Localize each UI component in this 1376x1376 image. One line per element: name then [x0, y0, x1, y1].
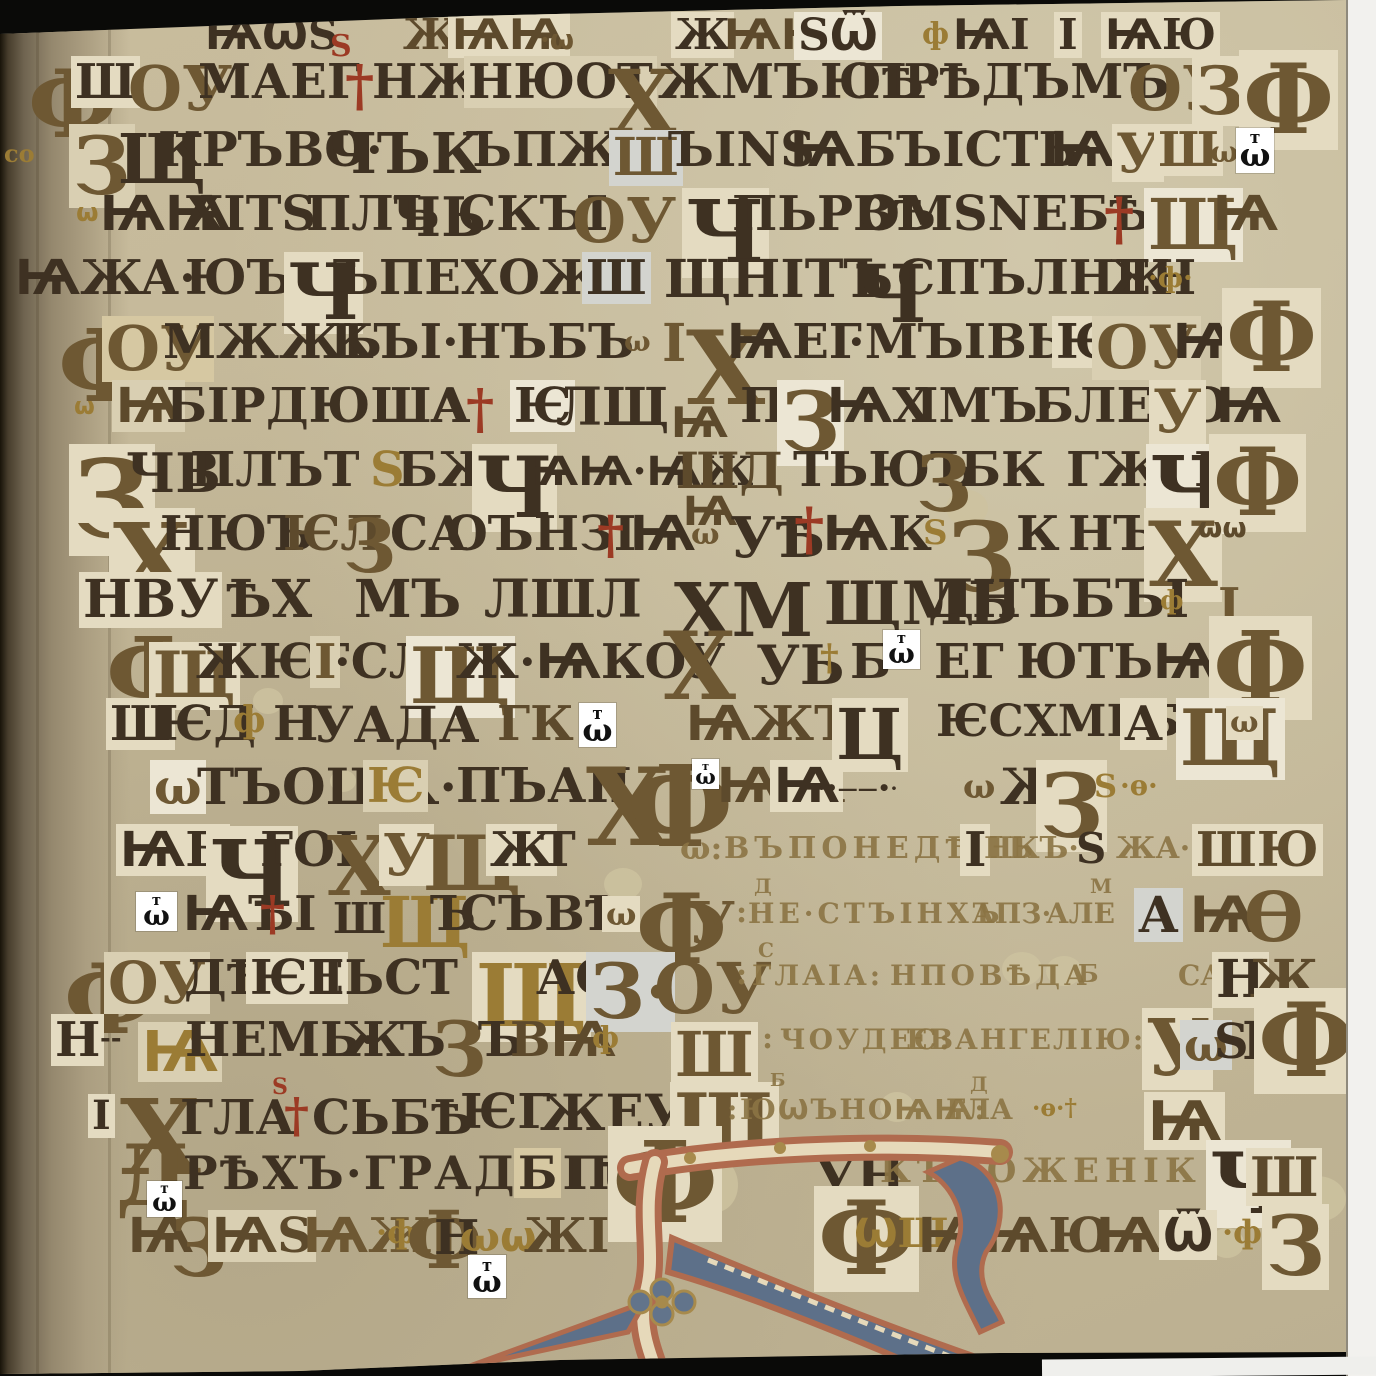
letter-patch: ІЬСТ — [322, 954, 458, 1002]
letter-patch: Ф — [1254, 988, 1359, 1094]
letter-patch: † — [260, 890, 285, 938]
letter-patch: -- — [100, 1026, 122, 1052]
letter-patch: ω — [1210, 138, 1239, 168]
letter-patch: † — [345, 58, 374, 114]
letter-patch: НЕ·СТЪІНХЪ — [748, 900, 1004, 928]
letter-patch: Ѿ — [1159, 1210, 1217, 1260]
letter-patch: ω — [963, 770, 995, 804]
letter-patch: Ш — [1246, 1148, 1322, 1206]
letter-patch: ПЛЪТ — [190, 446, 359, 494]
letter-patch: ѨѠЅ — [205, 14, 338, 56]
letter-patch: УАДА — [313, 700, 479, 750]
letter-patch: ω: — [680, 832, 722, 864]
letter-patch: Ѕ — [1094, 770, 1117, 802]
letter-patch: С — [758, 940, 774, 960]
letter-patch: ЕГ — [934, 638, 1004, 686]
letter-patch: МЪ — [354, 574, 461, 626]
letter-patch: У — [1149, 380, 1206, 444]
ot-glyph-omega: ω — [472, 1270, 501, 1295]
letter-patch: ·ѡ — [540, 26, 574, 54]
letter-patch: Ѳ — [1244, 884, 1303, 952]
letter-patch: ОУ — [572, 190, 676, 252]
letter-patch: А — [430, 382, 469, 430]
letter-patch: ѨЕГ — [727, 318, 862, 366]
letter-patch: ω — [602, 896, 640, 932]
letter-patch: Д — [754, 876, 772, 896]
letter-patch: ѨЖ — [15, 254, 143, 302]
letter-patch: ПРѢДЪМЪ — [858, 58, 1169, 106]
ot-glyph-omega: ω — [582, 718, 612, 743]
letter-patch: Ѕ — [1076, 828, 1106, 870]
letter-patch: К — [1016, 510, 1060, 558]
letter-patch: ГЛА — [180, 1094, 295, 1142]
letter-patch: ф — [922, 20, 949, 50]
letter-patch: Ѩ — [1213, 190, 1278, 238]
letter-patch: † — [1104, 190, 1134, 248]
letter-patch: † — [284, 1092, 309, 1140]
letter-patch: Н — [273, 700, 318, 748]
letter-patch: ф — [592, 1024, 619, 1054]
letter-patch: ѨХ — [827, 382, 929, 430]
letter-patch: І — [1054, 12, 1082, 58]
manuscript-photo: ѨѠЅЅЖѨѨ·ѡЖѨѨЅѾфѨІІѨЮФШОУМАЕГ†НЖНЮОТХЖМЪЮ… — [0, 0, 1376, 1376]
letter-patch: Ѕ — [923, 516, 948, 550]
letter-patch: З — [1262, 1204, 1329, 1290]
letter-patch: ѨІ — [953, 14, 1030, 56]
letter-patch: Д — [928, 574, 974, 626]
letter-patch: ѡ — [74, 394, 95, 418]
annotation-box-ot-icon[interactable]: тω — [883, 630, 920, 669]
ot-glyph-omega: ω — [888, 643, 915, 665]
letter-patch: КЪІ· — [330, 318, 459, 366]
annotation-box-ot-icon[interactable]: тω — [692, 759, 719, 789]
letter-patch: Т — [540, 826, 576, 874]
letter-patch: ЛШЛ — [484, 574, 642, 626]
letter-patch: Ж — [342, 1016, 405, 1064]
page-edge-right — [1346, 0, 1376, 1376]
letter-patch: ·ѳ· — [1120, 772, 1158, 800]
letter-patch: ·•——•· — [818, 778, 898, 798]
letter-patch: ф — [1160, 588, 1183, 614]
letter-patch: І — [662, 318, 686, 370]
letter-patch: МАЕГ — [198, 58, 360, 106]
illuminated-initial — [440, 1120, 1060, 1376]
letter-patch: ШЮ — [1192, 824, 1323, 876]
page-edge-bottom — [1042, 1357, 1376, 1376]
letter-patch: ѨЖТ — [686, 700, 850, 748]
letter-patch: ω — [624, 328, 651, 356]
ot-glyph-omega: ω — [695, 769, 716, 786]
letter-patch: ·МЪІВЬ — [848, 318, 1066, 366]
annotation-box-ot-icon[interactable]: тω — [147, 1181, 182, 1217]
annotation-box-ot-icon[interactable]: тω — [136, 892, 177, 931]
letter-patch: ХІТЅ — [186, 190, 316, 238]
letter-patch: ѡ — [76, 200, 99, 226]
letter-patch: Б — [1078, 962, 1099, 986]
letter-patch: ω — [691, 520, 720, 550]
ot-glyph-omega: ω — [1240, 143, 1271, 169]
letter-patch: † — [466, 382, 494, 436]
letter-patch: со — [4, 142, 35, 166]
parchment-page: ѨѠЅЅЖѨѨ·ѡЖѨѨЅѾфѨІІѨЮФШОУМАЕГ†НЖНЮОТХЖМЪЮ… — [0, 0, 1376, 1376]
letter-patch: † — [820, 640, 839, 676]
letter-patch: : — [736, 960, 747, 990]
letter-patch: ·ѳ·† — [1032, 1096, 1077, 1120]
letter-patch: І — [88, 1094, 115, 1138]
annotation-box-ot-icon[interactable]: тω — [579, 703, 616, 747]
letter-patch: БІР — [166, 382, 266, 430]
annotation-box-ot-icon[interactable]: тω — [1236, 128, 1274, 173]
letter-patch: Ф — [1222, 288, 1321, 388]
letter-patch: Н — [890, 962, 916, 990]
letter-patch: ·ф· — [1148, 264, 1193, 292]
letter-patch: Ш — [333, 898, 386, 940]
letter-patch: Ѩ — [1216, 382, 1281, 430]
letter-patch: : — [762, 1024, 773, 1054]
letter-patch: ЛЩ — [556, 382, 669, 434]
letter-patch: ЕВАНГЕЛІЮ: — [906, 1026, 1145, 1054]
letter-patch: ѢХ — [226, 574, 312, 626]
letter-patch: ЖА· — [1116, 834, 1190, 864]
letter-patch: ГЛАІА: — [752, 962, 883, 990]
letter-patch: ГК — [497, 700, 574, 748]
letter-patch: ПОВѢДА — [920, 962, 1091, 990]
letter-patch: А — [1120, 698, 1167, 750]
letter-patch: АЛЕ — [1046, 900, 1115, 928]
letter-patch: ѨЪІ — [183, 890, 317, 938]
letter-patch: ѨК — [823, 510, 932, 558]
letter-patch: А — [1134, 888, 1183, 942]
letter-patch: У — [688, 894, 735, 952]
letter-patch: : — [736, 898, 747, 928]
letter-patch: ѡѡ — [1198, 514, 1247, 542]
letter-patch: НЪБЪІ — [972, 574, 1189, 626]
letter-patch: Н — [51, 1014, 104, 1066]
letter-patch: БК — [960, 446, 1045, 494]
letter-patch: ф — [233, 702, 265, 738]
letter-patch: ѨЅ — [208, 1210, 316, 1262]
letter-patch: Ѥ — [363, 760, 428, 812]
letter-patch: М — [1090, 876, 1112, 896]
letter-patch: † — [794, 500, 824, 558]
letter-patch: Ш — [582, 252, 651, 304]
letter-patch: ЧЪК — [326, 126, 482, 182]
ot-glyph-omega: ω — [152, 1193, 177, 1214]
parchment-crease — [36, 0, 39, 1376]
letter-patch: Б — [770, 1072, 785, 1090]
letter-patch: НКЪ· — [984, 834, 1079, 864]
letter-patch: ЪПЖ — [466, 126, 620, 174]
ot-glyph-omega: ω — [143, 905, 170, 927]
letter-patch: ЪПЕХОЖ — [333, 254, 603, 302]
letter-patch: Д — [970, 1074, 988, 1094]
annotation-box-ot-icon[interactable]: тω — [468, 1255, 506, 1298]
letter-patch: ЅѾ — [794, 12, 882, 60]
letter-patch: Ѩ — [671, 402, 728, 444]
letter-patch: АПЗ· — [972, 900, 1051, 928]
letter-patch: НЪБЪ — [456, 318, 634, 366]
letter-patch: ω — [1226, 706, 1263, 740]
letter-patch: † — [597, 510, 624, 562]
